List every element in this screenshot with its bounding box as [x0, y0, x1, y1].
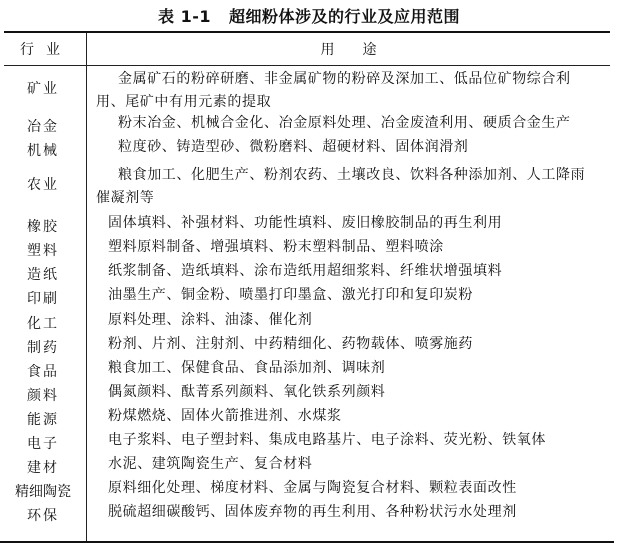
- uses-cell: 油墨生产、铜金粉、喷墨打印墨盒、激光打印和复印炭粉: [96, 284, 596, 307]
- industry-cell: 精细陶瓷: [0, 481, 86, 501]
- industry-cell: 造纸: [0, 264, 86, 284]
- industry-cell: 电子: [0, 433, 86, 453]
- uses-cell: 粮食加工、化肥生产、粉剂农药、土壤改良、饮料各种添加剂、人工降雨催凝剂等: [96, 164, 596, 210]
- industry-cell: 建材: [0, 457, 86, 477]
- uses-cell: 粉煤燃烧、固体火箭推进剂、水煤浆: [96, 405, 596, 428]
- uses-cell: 原料细化处理、梯度材料、金属与陶瓷复合材料、颗粒表面改性: [96, 477, 596, 500]
- uses-cell: 纸浆制备、造纸填料、涂布造纸用超细浆料、纤维状增强填料: [96, 260, 596, 283]
- industry-cell: 能源: [0, 409, 86, 429]
- industry-cell: 制药: [0, 337, 86, 357]
- uses-cell: 粉末冶金、机械合金化、冶金原料处理、冶金废渣利用、硬质合金生产: [96, 112, 596, 135]
- uses-cell: 电子浆料、电子塑封料、集成电路基片、电子涂料、荧光粉、铁氧体: [96, 429, 596, 452]
- bottom-rule: [0, 541, 614, 543]
- uses-cell: 金属矿石的粉碎研磨、非金属矿物的粉碎及深加工、低品位矿物综合利用、尾矿中有用元素…: [96, 68, 596, 114]
- top-rule: [4, 31, 610, 33]
- uses-cell: 偶氮颜料、酞菁系列颜料、氧化铁系列颜料: [96, 381, 596, 404]
- industry-cell: 冶金: [0, 116, 86, 136]
- header-industry: 行业: [0, 38, 86, 62]
- header-uses: 用途: [87, 38, 610, 62]
- uses-cell: 粉剂、片剂、注射剂、中药精细化、药物载体、喷雾施药: [96, 333, 596, 356]
- table-caption: 表 1-1超细粉体涉及的行业及应用范围: [0, 4, 618, 27]
- industry-cell: 农业: [0, 174, 86, 194]
- industry-cell: 矿业: [0, 78, 86, 98]
- table-number: 表 1-1: [158, 7, 211, 26]
- industry-cell: 机械: [0, 140, 86, 160]
- uses-cell: 固体填料、补强材料、功能性填料、废旧橡胶制品的再生利用: [96, 212, 596, 235]
- uses-cell: 水泥、建筑陶瓷生产、复合材料: [96, 453, 596, 476]
- industry-cell: 颜料: [0, 385, 86, 405]
- industry-cell: 食品: [0, 361, 86, 381]
- uses-cell: 粒度砂、铸造型砂、微粉磨料、超硬材料、固体润滑剂: [96, 136, 596, 159]
- industry-cell: 印刷: [0, 288, 86, 308]
- industry-cell: 塑料: [0, 240, 86, 260]
- uses-cell: 塑料原料制备、增强填料、粉末塑料制品、塑料喷涂: [96, 236, 596, 259]
- header-rule: [4, 65, 610, 66]
- uses-cell: 脱硫超细碳酸钙、固体废弃物的再生利用、各种粉状污水处理剂: [96, 501, 596, 524]
- industry-cell: 橡胶: [0, 216, 86, 236]
- industry-cell: 环保: [0, 505, 86, 525]
- column-divider: [86, 33, 87, 542]
- uses-cell: 粮食加工、保健食品、食品添加剂、调味剂: [96, 357, 596, 380]
- table-title: 超细粉体涉及的行业及应用范围: [229, 7, 460, 26]
- uses-cell: 原料处理、涂料、油漆、催化剂: [96, 309, 596, 332]
- industry-cell: 化工: [0, 313, 86, 333]
